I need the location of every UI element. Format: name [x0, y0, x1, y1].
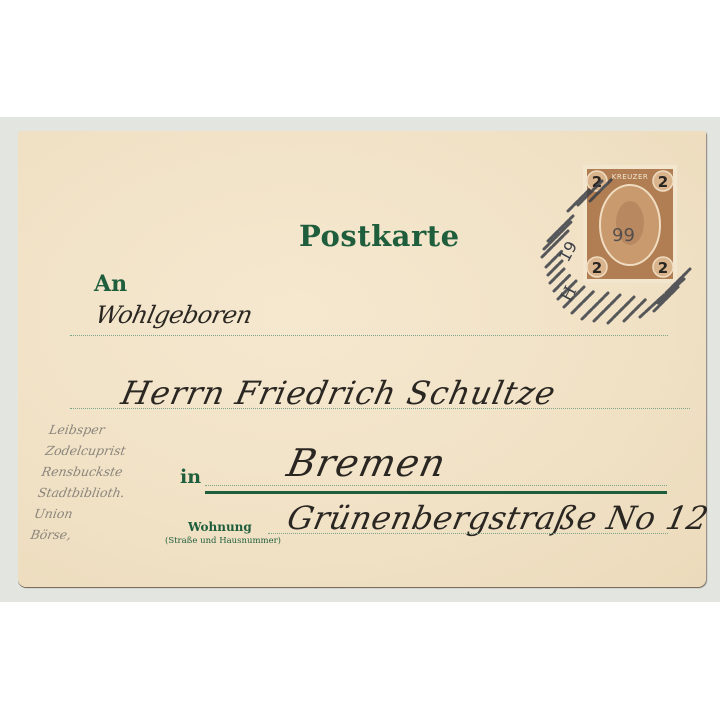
handwritten-city: Bremen [283, 441, 450, 485]
address-line-1 [70, 335, 668, 336]
handwritten-recipient: Herrn Friedrich Schultze [118, 374, 560, 412]
svg-text:2: 2 [658, 173, 668, 191]
city-dotted-line [205, 485, 667, 486]
pencil-note: Börse, [29, 524, 119, 545]
handwritten-salutation: Wohlgeboren [93, 301, 255, 329]
label-residence-hint: (Straße und Hausnummer) [165, 536, 281, 546]
postage-stamp: 2 2 2 2 KREUZER [583, 165, 677, 283]
postcard-title: Postkarte [299, 219, 460, 253]
handwritten-street: Grünenbergstraße No 12 [284, 499, 712, 537]
address-line-2 [70, 408, 690, 409]
pencil-note: Rensbuckste [40, 461, 130, 482]
postcard: Postkarte An Wohlgeboren Herrn Friedrich… [18, 131, 706, 587]
postmark-day: 19 [555, 238, 581, 265]
pencil-note: Leibsper [47, 419, 137, 440]
label-to: An [94, 271, 127, 297]
svg-text:2: 2 [658, 259, 668, 277]
svg-text:2: 2 [592, 259, 602, 277]
label-residence: Wohnung [188, 520, 252, 534]
street-dotted-line [268, 533, 668, 534]
pencil-note: Stadtbiblioth. [36, 482, 126, 503]
stamp-text: KREUZER [612, 173, 648, 181]
pencil-notes: Leibsper Zodelcuprist Rensbuckste Stadtb… [29, 419, 138, 545]
stamp-denomination: 2 [592, 173, 602, 191]
postmark-letter: H [557, 283, 582, 305]
pencil-note: Union [33, 503, 123, 524]
pencil-note: Zodelcuprist [44, 440, 134, 461]
label-in: in [180, 466, 201, 488]
city-solid-line [205, 491, 667, 494]
